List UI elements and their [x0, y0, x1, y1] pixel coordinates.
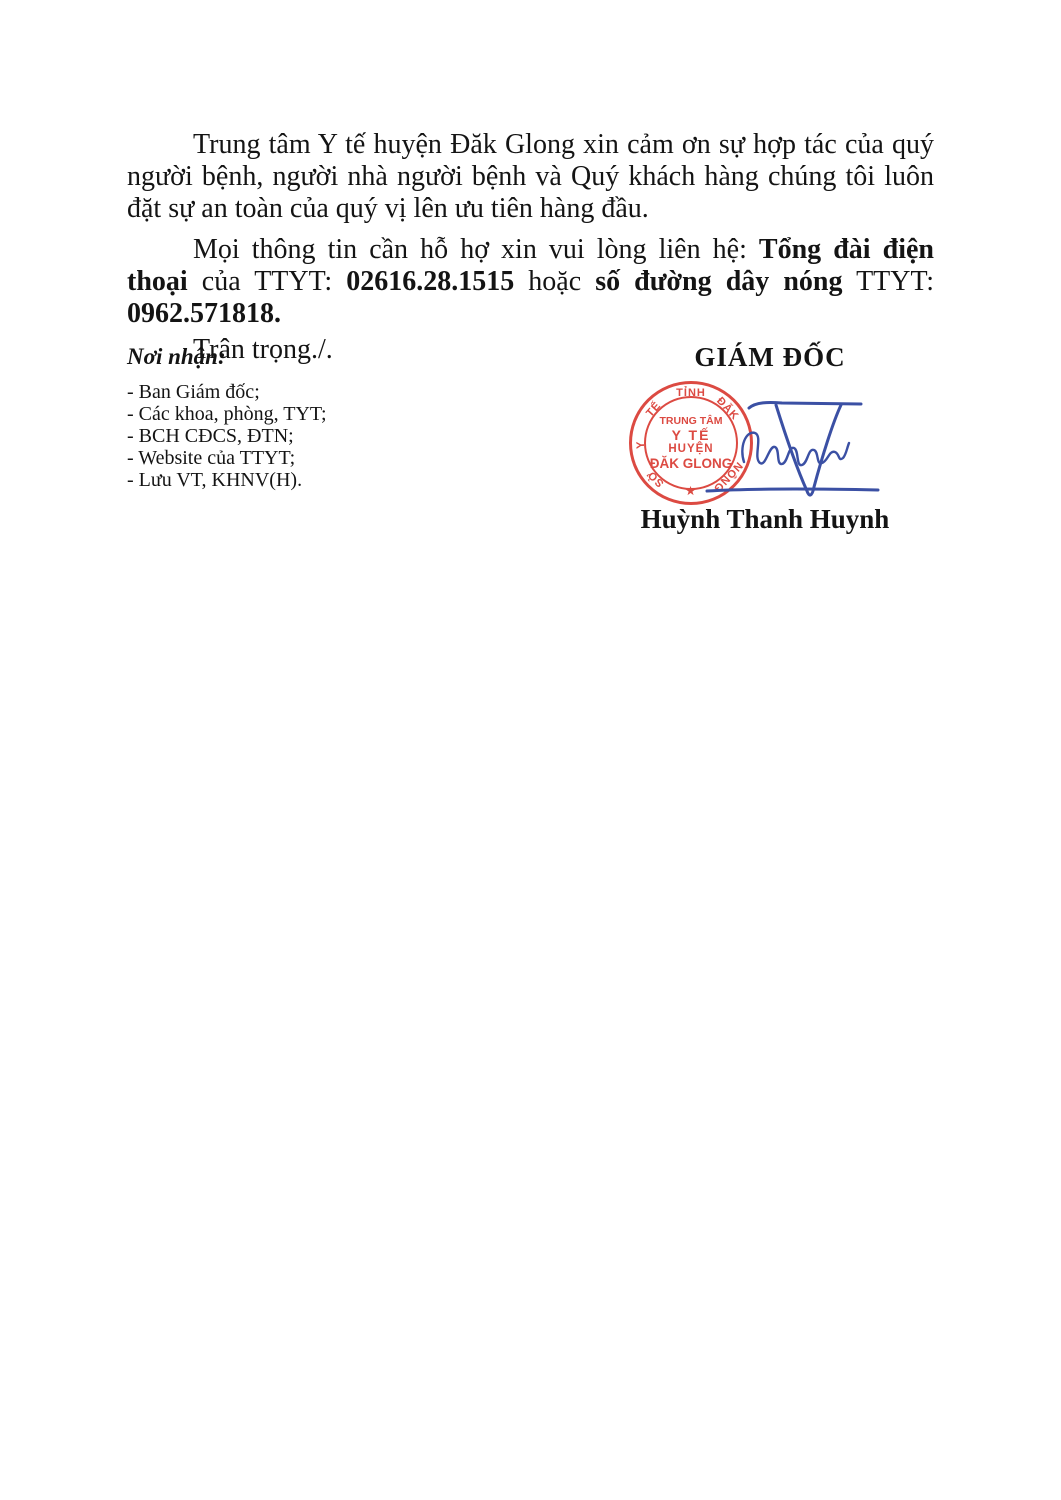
letter-body: Trung tâm Y tế huyện Đăk Glong xin cảm ơ…	[127, 129, 934, 366]
contact-text: hoặc	[514, 266, 595, 297]
recipient-item: - Các khoa, phòng, TYT;	[127, 403, 457, 425]
phone-number: 0962.571818.	[127, 298, 281, 329]
hotline-label: số đường dây nóng	[595, 266, 842, 297]
contact-text: Mọi thông tin cần hỗ hợ xin vui lòng liê…	[193, 234, 759, 265]
recipient-item: - BCH CĐCS, ĐTN;	[127, 425, 457, 447]
contact-text: của TTYT:	[188, 266, 347, 297]
approval-block: GIÁM ĐỐC SỞ Y TẾ TỈNH ĐĂK NÔNG ★ TRUNG T…	[595, 343, 945, 543]
director-title: GIÁM ĐỐC	[595, 343, 945, 371]
recipients-block: Nơi nhận: - Ban Giám đốc; - Các khoa, ph…	[127, 344, 457, 491]
thanks-paragraph: Trung tâm Y tế huyện Đăk Glong xin cảm ơ…	[127, 129, 934, 225]
recipient-item: - Website của TTYT;	[127, 447, 457, 469]
director-name: Huỳnh Thanh Huynh	[585, 504, 945, 534]
contact-text: TTYT:	[843, 266, 935, 297]
recipient-item: - Ban Giám đốc;	[127, 381, 457, 403]
signature-ink	[695, 395, 890, 507]
recipients-label: Nơi nhận:	[127, 344, 457, 370]
recipients-list: - Ban Giám đốc; - Các khoa, phòng, TYT; …	[127, 381, 457, 491]
contact-paragraph: Mọi thông tin cần hỗ hợ xin vui lòng liê…	[127, 234, 934, 330]
phone-number: 02616.28.1515	[346, 266, 514, 297]
document-page: Trung tâm Y tế huyện Đăk Glong xin cảm ơ…	[0, 0, 1061, 1500]
recipient-item: - Lưu VT, KHNV(H).	[127, 469, 457, 491]
